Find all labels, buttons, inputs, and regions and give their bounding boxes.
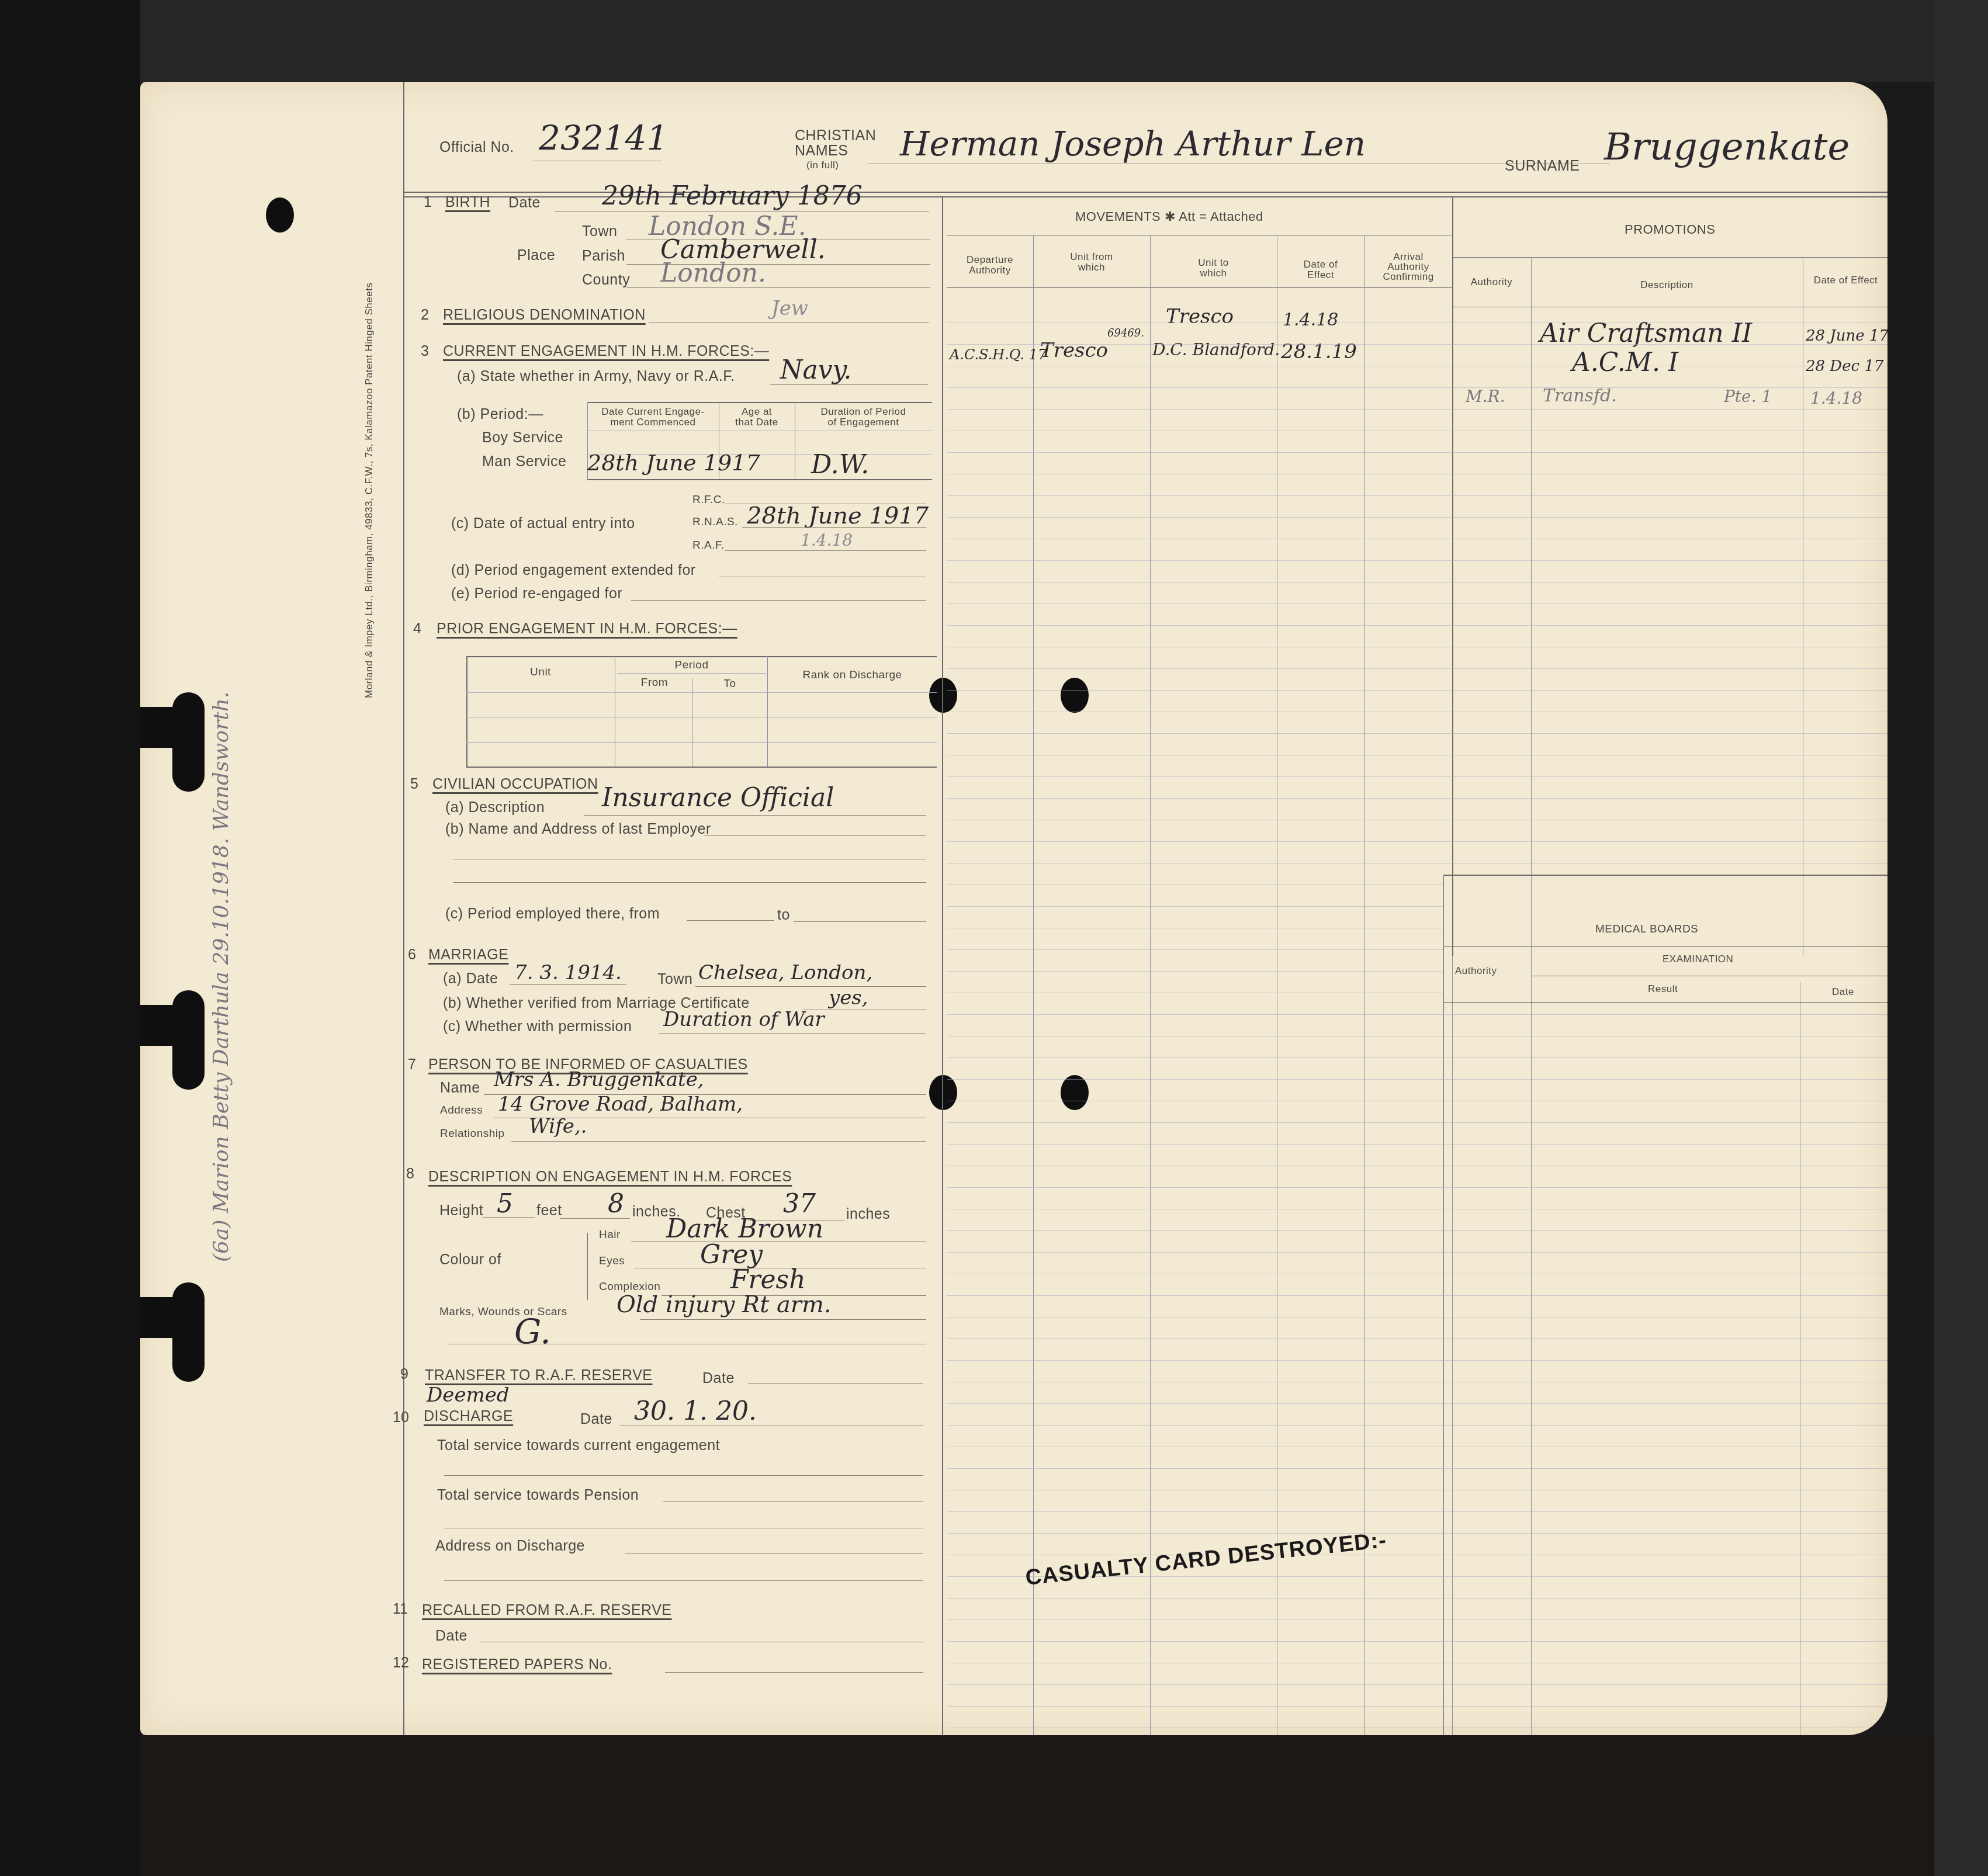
promotions-header-rule (1452, 257, 1887, 258)
ruled-line (947, 474, 1887, 474)
movements-promotions-divider (1452, 196, 1453, 956)
transfer-title: TRANSFER TO R.A.F. RESERVE (425, 1367, 652, 1384)
complexion-value: Fresh (730, 1265, 806, 1295)
marriage-town-value: Chelsea, London, (698, 961, 872, 984)
medical-rule (1443, 1002, 1887, 1003)
ruled-line (947, 1144, 1887, 1145)
ruled-line (947, 1360, 1887, 1361)
ruled-line (947, 1230, 1887, 1231)
underline (444, 1580, 923, 1581)
prior-engagement-title: PRIOR ENGAGEMENT IN H.M. FORCES:— (437, 620, 737, 637)
ruled-line (947, 625, 1887, 626)
discharge-date-label: Date (580, 1411, 612, 1428)
promotions-title: PROMOTIONS (1625, 222, 1715, 237)
underline (584, 815, 926, 816)
chest-inches-label: inches (846, 1206, 890, 1223)
promotion-description: A.C.M. I (1572, 348, 1678, 377)
underline (453, 859, 926, 859)
underline (719, 577, 926, 577)
section-number: 5 (410, 776, 418, 793)
medical-col (1531, 946, 1532, 1735)
colour-of-label: Colour of (439, 1251, 501, 1268)
promotion-date: 1.4.18 (1810, 389, 1862, 408)
movement-unit-from: Tresco (1040, 339, 1108, 362)
marriage-date-value: 7. 3. 1914. (514, 961, 622, 984)
section-number: 10 (393, 1409, 409, 1426)
underline (649, 323, 929, 323)
ruled-line (947, 1274, 1887, 1274)
underline (560, 1218, 630, 1219)
underline (725, 550, 926, 551)
punch-hole (266, 197, 294, 233)
underline (687, 920, 774, 921)
registered-papers-title: REGISTERED PAPERS No. (422, 1656, 612, 1673)
period-col-header: that Date (722, 417, 792, 428)
ruled-line (947, 1122, 1887, 1123)
contact-address-label: Address (440, 1104, 483, 1117)
movements-col-header: Date of (1278, 259, 1363, 271)
ruled-line (947, 841, 1887, 842)
marks-value: Old injury Rt arm. (617, 1291, 832, 1318)
movement-unit-to: Tresco (1166, 305, 1234, 328)
underline (453, 882, 926, 883)
underline (742, 527, 926, 528)
christian-names-label: CHRISTIAN (795, 127, 876, 144)
ruled-line (947, 1209, 1887, 1209)
binder-tab (140, 1297, 175, 1338)
service-branch-label: (a) State whether in Army, Navy or R.A.F… (457, 368, 735, 385)
extended-label: (d) Period engagement extended for (451, 562, 696, 579)
table-border (587, 479, 932, 480)
punch-hole (929, 678, 957, 713)
movements-header-rule (947, 287, 1452, 288)
ruled-line (947, 690, 1887, 691)
movements-col (1364, 235, 1365, 1735)
christian-names-underline (868, 164, 1610, 164)
ruled-line (947, 1468, 1887, 1469)
margin-line (403, 82, 404, 1735)
promotions-col-authority: Authority (1453, 276, 1530, 288)
table-col (767, 656, 768, 767)
religion-value: Jew (771, 297, 808, 320)
table-rule (466, 717, 937, 717)
prior-col-rank: Rank on Discharge (769, 669, 936, 682)
height-inches-value: 8 (608, 1189, 624, 1219)
period-col-header: of Engagement (798, 417, 929, 428)
ruled-line (947, 1511, 1887, 1512)
christian-names-label: NAMES (795, 143, 848, 159)
prior-col-unit: Unit (467, 666, 614, 679)
hair-label: Hair (599, 1229, 621, 1242)
marriage-title: MARRIAGE (428, 946, 508, 963)
ruled-line (947, 1382, 1887, 1382)
period-employed-label: (c) Period employed there, from (445, 906, 660, 923)
section-number: 3 (421, 343, 429, 360)
table-border (466, 656, 937, 657)
discharge-date-value: 30. 1. 20. (634, 1396, 757, 1426)
movements-col (1150, 235, 1151, 1735)
christian-names-value: Herman Joseph Arthur Len (900, 124, 1366, 164)
movements-col-header: Confirming (1366, 271, 1451, 283)
ruled-line (947, 1663, 1887, 1663)
movement-date: 28.1.19 (1281, 340, 1357, 363)
period-col-header: Date Current Engage- (590, 406, 716, 418)
medical-authority-label: Authority (1455, 965, 1497, 977)
ruled-line (947, 712, 1887, 712)
ruled-line (947, 1317, 1887, 1317)
contact-name-label: Name (440, 1080, 480, 1097)
height-feet-value: 5 (497, 1189, 513, 1219)
current-engagement-title: CURRENT ENGAGEMENT IN H.M. FORCES:— (443, 343, 769, 360)
total-pension-label: Total service towards Pension (437, 1487, 639, 1504)
birth-parish-label: Parish (582, 248, 625, 265)
ruled-line (947, 885, 1443, 885)
ruled-line (947, 1166, 1887, 1166)
promotions-col (1803, 257, 1803, 956)
birth-place-label: Place (517, 247, 555, 264)
underline (695, 986, 926, 987)
contact-relationship-label: Relationship (440, 1128, 505, 1140)
promotion-description-note: Pte. 1 (1724, 387, 1772, 406)
underline (444, 1475, 923, 1476)
ruled-line (947, 733, 1887, 734)
birth-date-label: Date (508, 195, 541, 211)
official-no-label: Official No. (439, 139, 514, 156)
form-column-divider (942, 196, 943, 1735)
punch-hole (929, 1075, 957, 1110)
promotion-date: 28 June 17 (1806, 327, 1887, 345)
ruled-line (947, 1187, 1887, 1188)
man-service-duration: D.W. (811, 450, 869, 480)
table-col (692, 678, 692, 767)
table-rule (466, 742, 937, 743)
ruled-line (947, 993, 1443, 993)
table-col (795, 402, 795, 479)
boy-service-label: Boy Service (482, 429, 563, 446)
ruled-line (947, 1036, 1887, 1036)
ruled-line (947, 971, 1443, 972)
discharge-title: DISCHARGE (424, 1408, 513, 1425)
ruled-line (947, 431, 1887, 431)
section-number: 11 (393, 1601, 408, 1618)
ruled-line (947, 755, 1887, 755)
ruled-line (947, 1295, 1887, 1296)
movement-departure-authority: A.C.S.H.Q. 17 (950, 346, 1047, 363)
surname-label: SURNAME (1505, 158, 1580, 175)
period-col-header: Age at (722, 406, 792, 418)
binder-cover-right (1934, 0, 1988, 1876)
margin-note: (6a) Marion Betty Darthula 29.10.1918. W… (209, 692, 233, 1262)
man-service-label: Man Service (482, 453, 566, 470)
ruled-line (947, 1079, 1887, 1080)
binder-tab (172, 692, 205, 792)
ruled-line (947, 582, 1887, 582)
birth-town-label: Town (582, 223, 617, 240)
ruled-line (947, 1620, 1887, 1620)
medical-rule (1532, 976, 1887, 976)
movements-col-header: Authority (948, 265, 1032, 276)
ruled-line (947, 1533, 1887, 1534)
binder-cover-left (0, 0, 140, 1876)
promotions-bottom-rule (1443, 875, 1887, 876)
punch-hole (1061, 1075, 1089, 1110)
ruled-line (947, 495, 1887, 496)
section-number: 7 (408, 1056, 416, 1073)
ruled-line (947, 604, 1887, 604)
description-title: DESCRIPTION ON ENGAGEMENT IN H.M. FORCES (428, 1168, 792, 1185)
surname-value: Bruggenkate (1604, 126, 1850, 169)
ruled-line (947, 1057, 1887, 1058)
movement-unit-from-note: 69469. (1107, 327, 1144, 339)
promotion-date: 28 Dec 17 (1806, 358, 1884, 375)
movements-col-header: Unit to (1151, 257, 1276, 269)
medical-examination-label: EXAMINATION (1663, 953, 1733, 965)
movements-col-header: Effect (1278, 269, 1363, 281)
table-rule (466, 692, 937, 693)
table-border (587, 402, 932, 403)
occupation-description-label: (a) Description (445, 799, 545, 816)
underline (663, 1502, 923, 1502)
transfer-date-label: Date (702, 1370, 735, 1387)
marriage-town-label: Town (657, 971, 692, 988)
promotion-authority: M.R. (1466, 387, 1505, 406)
eyes-label: Eyes (599, 1255, 625, 1268)
marriage-date-label: (a) Date (443, 970, 498, 987)
underline (444, 1528, 923, 1528)
movement-date: 1.4.18 (1283, 310, 1338, 330)
underline (626, 287, 930, 288)
binder-tab (172, 1282, 205, 1382)
section-number: 1 (424, 194, 432, 211)
movement-unit-to: D.C. Blandford. (1152, 340, 1280, 359)
period-employed-to-label: to (777, 907, 790, 924)
birth-county-value: London. (660, 258, 766, 288)
underline (794, 921, 926, 922)
movements-col-header: which (1151, 268, 1276, 279)
service-branch-value: Navy. (780, 355, 852, 385)
promotions-col-date: Date of Effect (1804, 275, 1887, 286)
total-current-label: Total service towards current engagement (437, 1437, 720, 1454)
movements-col (1452, 956, 1453, 1735)
medical-col (1800, 982, 1800, 1735)
table-rule (587, 431, 932, 431)
reengaged-label: (e) Period re-engaged for (451, 585, 622, 602)
marriage-permission-value: Duration of War (663, 1008, 825, 1031)
period-label: (b) Period:— (457, 406, 543, 423)
marriage-certificate-value: yes, (829, 986, 868, 1010)
underline (625, 1553, 923, 1553)
underline (479, 1642, 923, 1642)
ruled-line (947, 1338, 1887, 1339)
ruled-line (947, 647, 1887, 647)
raf-date: 1.4.18 (801, 530, 853, 550)
section-number: 12 (393, 1655, 409, 1672)
movements-col-header: which (1034, 262, 1149, 273)
birth-date-value: 29th February 1876 (602, 181, 863, 211)
movements-col (1277, 235, 1277, 1735)
ruled-line (947, 1447, 1887, 1447)
movements-col (1033, 235, 1034, 1735)
underline (619, 1426, 923, 1426)
underline (482, 1217, 535, 1218)
ruled-line (947, 949, 1443, 950)
underline (631, 600, 926, 601)
ruled-line (947, 1252, 1887, 1253)
birth-county-label: County (582, 272, 630, 289)
ruled-line (947, 1598, 1887, 1598)
movements-col-header: Departure (948, 254, 1032, 266)
promotions-header-rule (1452, 307, 1887, 307)
ruled-line (947, 1706, 1887, 1707)
ruled-line (947, 1403, 1887, 1404)
ruled-line (947, 323, 1887, 323)
rnas-date: 28th June 1917 (747, 502, 929, 529)
section-number: 9 (400, 1366, 408, 1383)
punch-hole (1061, 678, 1089, 713)
ruled-line (947, 539, 1887, 539)
rnas-label: R.N.A.S. (692, 516, 738, 529)
man-service-date: 28th June 1917 (587, 450, 760, 476)
religion-title: RELIGIOUS DENOMINATION (443, 307, 646, 324)
medical-boards-title: MEDICAL BOARDS (1595, 923, 1698, 936)
ruled-line (947, 517, 1887, 518)
ruled-line (947, 1728, 1887, 1728)
marriage-permission-label: (c) Whether with permission (443, 1018, 632, 1035)
contact-relationship-value: Wife,. (529, 1115, 587, 1138)
ruled-line (947, 452, 1887, 453)
initials-annotation: G. (514, 1312, 551, 1351)
rfc-label: R.F.C. (692, 494, 725, 507)
ruled-line (947, 668, 1887, 669)
section-number: 4 (413, 620, 421, 637)
ruled-line (947, 1425, 1887, 1426)
movements-title: MOVEMENTS ✱ Att = Attached (1075, 209, 1263, 224)
period-col-header: ment Commenced (590, 417, 716, 428)
table-rule (617, 673, 766, 674)
entry-date-label: (c) Date of actual entry into (451, 515, 635, 532)
prior-col-period: Period (617, 659, 766, 672)
discharge-address-label: Address on Discharge (435, 1538, 585, 1555)
ruled-line (947, 863, 1887, 864)
ruled-line (947, 1014, 1887, 1015)
underline (631, 1242, 926, 1242)
movements-col-header: Unit from (1034, 251, 1149, 263)
brace (587, 1233, 588, 1300)
period-col-header: Duration of Period (798, 406, 929, 418)
birth-title: BIRTH (445, 194, 490, 211)
contact-address-value: 14 Grove Road, Balham, (498, 1093, 743, 1116)
ruled-line (947, 906, 1443, 907)
binder-cover-bottom (140, 1735, 1934, 1876)
ruled-line (947, 776, 1887, 777)
binder-tab (140, 1005, 175, 1046)
printer-imprint: Morland & Impey Ltd., Birmingham, 49833,… (363, 283, 375, 698)
binder-tab (172, 990, 205, 1090)
table-col (615, 656, 615, 767)
binder-cover-top (111, 0, 1988, 82)
ruled-line (947, 1684, 1887, 1685)
service-record-page: Morland & Impey Ltd., Birmingham, 49833,… (140, 82, 1887, 1735)
ruled-line (947, 820, 1887, 820)
last-employer-label: (b) Name and Address of last Employer (445, 821, 711, 838)
ruled-line (947, 1641, 1887, 1642)
ruled-line (947, 344, 1887, 345)
ruled-line (947, 409, 1887, 410)
ruled-line (947, 798, 1887, 799)
underline (748, 1383, 923, 1384)
underline (510, 984, 626, 985)
recalled-date-label: Date (435, 1628, 467, 1645)
christian-names-sublabel: (in full) (806, 159, 839, 171)
prior-col-from: From (617, 677, 692, 689)
promotions-col (1531, 257, 1532, 956)
raf-label: R.A.F. (692, 539, 725, 552)
casualty-card-stamp: CASUALTY CARD DESTROYED:- (1024, 1528, 1388, 1591)
medical-date-label: Date (1832, 986, 1854, 998)
ruled-line (947, 560, 1887, 561)
promotions-col-date-text: Date of Effect (1814, 275, 1878, 286)
feet-label: feet (536, 1202, 562, 1219)
promotions-col-description: Description (1532, 279, 1802, 291)
underline (704, 835, 926, 836)
prior-col-to: To (693, 678, 767, 691)
occupation-description-value: Insurance Official (602, 783, 834, 813)
section-number: 6 (408, 946, 416, 963)
medical-result-label: Result (1648, 983, 1678, 995)
underline (770, 384, 928, 385)
ruled-line (947, 387, 1887, 388)
movements-header-rule (947, 235, 1452, 235)
ruled-line (947, 928, 1443, 928)
underline (659, 1033, 926, 1034)
promotion-description: Transfd. (1543, 386, 1617, 406)
underline (640, 1319, 926, 1320)
table-border (466, 767, 937, 768)
recalled-title: RECALLED FROM R.A.F. RESERVE (422, 1602, 672, 1619)
official-no-underline (533, 161, 661, 161)
ruled-line (947, 1101, 1887, 1101)
ruled-line (947, 366, 1887, 366)
contact-name-value: Mrs A. Bruggenkate, (494, 1068, 704, 1091)
height-label: Height (439, 1202, 483, 1219)
underline (511, 1141, 926, 1142)
civilian-occupation-title: CIVILIAN OCCUPATION (432, 776, 598, 793)
medical-rule (1443, 946, 1887, 947)
binder-tab (140, 707, 175, 748)
medical-col (1443, 875, 1444, 1735)
underline (665, 1672, 923, 1673)
transfer-annotation: Deemed (427, 1383, 510, 1407)
section-number: 2 (421, 307, 429, 324)
section-number: 8 (406, 1166, 414, 1183)
ruled-line (947, 1490, 1887, 1490)
ruled-line (947, 1555, 1887, 1555)
official-no-value: 232141 (539, 118, 668, 158)
